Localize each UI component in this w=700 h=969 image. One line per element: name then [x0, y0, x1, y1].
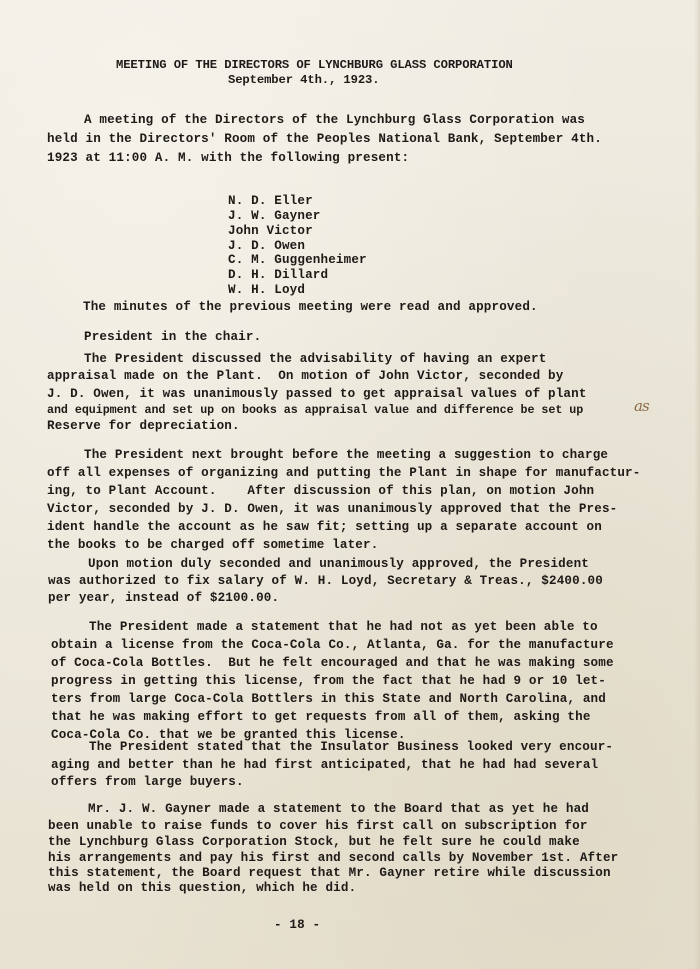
- document-page: MEETING OF THE DIRECTORS OF LYNCHBURG GL…: [0, 0, 700, 969]
- paragraph-line: obtain a license from the Coca-Cola Co.,…: [51, 638, 614, 653]
- paragraph-line: appraisal made on the Plant. On motion o…: [47, 369, 563, 384]
- attendee: D. H. Dillard: [228, 268, 328, 283]
- paragraph-line: per year, instead of $2100.00.: [48, 591, 279, 606]
- paragraph-line: off all expenses of organizing and putti…: [47, 466, 640, 481]
- document-date: September 4th., 1923.: [228, 73, 380, 88]
- paragraph-line: The President discussed the advisability…: [84, 352, 546, 367]
- attendee: J. D. Owen: [228, 239, 305, 254]
- document-title: MEETING OF THE DIRECTORS OF LYNCHBURG GL…: [116, 58, 513, 73]
- handwritten-annotation: as: [634, 399, 649, 414]
- intro-line: 1923 at 11:00 A. M. with the following p…: [47, 151, 409, 166]
- paragraph-line: The President next brought before the me…: [84, 448, 608, 463]
- paragraph-line: this statement, the Board request that M…: [48, 866, 611, 881]
- paragraph-line: aging and better than he had first antic…: [51, 758, 598, 773]
- paragraph-line: his arrangements and pay his first and s…: [48, 851, 618, 866]
- paragraph-line: Mr. J. W. Gayner made a statement to the…: [88, 802, 589, 817]
- paragraph-line: offers from large buyers.: [51, 775, 244, 790]
- intro-line: held in the Directors' Room of the Peopl…: [47, 132, 602, 147]
- paragraph-line: Reserve for depreciation.: [47, 419, 240, 434]
- paragraph-line: was held on this question, which he did.: [48, 881, 356, 896]
- paragraph-line: progress in getting this license, from t…: [51, 674, 606, 689]
- paragraph-line: the Lynchburg Glass Corporation Stock, b…: [48, 835, 580, 850]
- paragraph-line: Victor, seconded by J. D. Owen, it was u…: [47, 502, 617, 517]
- paragraph-line: of Coca-Cola Bottles. But he felt encour…: [51, 656, 614, 671]
- paragraph-line: been unable to raise funds to cover his …: [48, 819, 588, 834]
- intro-line: A meeting of the Directors of the Lynchb…: [84, 113, 585, 128]
- attendee: John Victor: [228, 224, 313, 239]
- page-number: - 18 -: [274, 918, 320, 933]
- paragraph-line: J. D. Owen, it was unanimously passed to…: [47, 387, 587, 402]
- attendee: N. D. Eller: [228, 194, 313, 209]
- attendee: W. H. Loyd: [228, 283, 305, 298]
- page-edge-shadow: [694, 0, 700, 969]
- paragraph-line: ing, to Plant Account. After discussion …: [47, 484, 594, 499]
- paragraph-line: the books to be charged off sometime lat…: [47, 538, 378, 553]
- chair-statement: President in the chair.: [84, 330, 261, 345]
- paragraph-line: ident handle the account as he saw fit; …: [47, 520, 602, 535]
- paragraph-line: The President stated that the Insulator …: [89, 740, 613, 755]
- paragraph-line: The President made a statement that he h…: [89, 620, 598, 635]
- paragraph-line: that he was making effort to get request…: [51, 710, 591, 725]
- paragraph-line: was authorized to fix salary of W. H. Lo…: [48, 574, 603, 589]
- minutes-approved: The minutes of the previous meeting were…: [83, 300, 538, 315]
- attendee: C. M. Guggenheimer: [228, 253, 367, 268]
- paragraph-line: ters from large Coca-Cola Bottlers in th…: [51, 692, 606, 707]
- paragraph-line: and equipment and set up on books as app…: [47, 403, 583, 418]
- paragraph-line: Upon motion duly seconded and unanimousl…: [88, 557, 589, 572]
- attendee: J. W. Gayner: [228, 209, 321, 224]
